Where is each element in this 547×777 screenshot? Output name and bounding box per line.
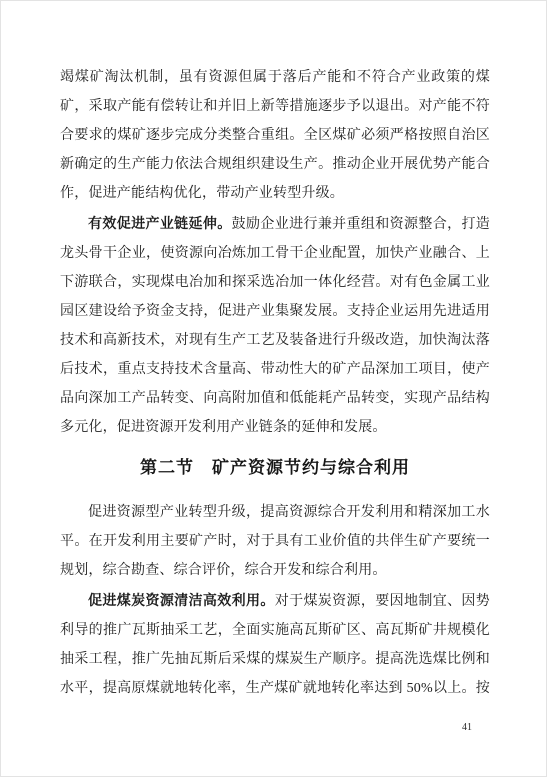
text-line: 技术和高新技术，对现有生产工艺及装备进行升级改造，加快淘汰落 xyxy=(60,326,490,355)
line-text: 利导的推广瓦斯抽采工艺，全面实施高瓦斯矿区、高瓦斯矿井规模化 xyxy=(60,623,490,638)
text-line: 利导的推广瓦斯抽采工艺，全面实施高瓦斯矿区、高瓦斯矿井规模化 xyxy=(60,616,490,645)
line-text: 对于煤炭资源，要因地制宜、因势 xyxy=(275,594,490,609)
paragraph: 有效促进产业链延伸。鼓励企业进行兼并重组和资源整合，打造龙头骨干企业，使资源向冶… xyxy=(60,210,490,442)
line-text: 技术和高新技术，对现有生产工艺及装备进行升级改造，加快淘汰落 xyxy=(60,333,490,348)
text-line: 品向深加工产品转变、向高附加值和低能耗产品转变，实现产品结构 xyxy=(60,384,490,413)
line-text: 龙头骨干企业，使资源向冶炼加工骨干企业配置，加快产业融合、上 xyxy=(60,246,490,261)
line-text: 水平，提高原煤就地转化率，生产煤矿就地转化率达到 50%以上。按 xyxy=(60,681,490,696)
line-text: 促进资源型产业转型升级，提高资源综合开发利用和精深加工水 xyxy=(88,505,490,520)
text-line: 作，促进产能结构优化，带动产业转型升级。 xyxy=(60,179,490,208)
section-heading: 第二节 矿产资源节约与综合利用 xyxy=(60,453,490,482)
text-line: 矿，采取产能有偿转让和并旧上新等措施逐步予以退出。对产能不符 xyxy=(60,92,490,121)
paragraph: 促进资源型产业转型升级，提高资源综合开发利用和精深加工水平。在开发利用主要矿产时… xyxy=(60,498,490,585)
line-text: 后技术，重点支持技术含量高、带动性大的矿产品深加工项目，使产 xyxy=(60,362,490,377)
line-text: 下游联合，实现煤电冶加和探采选冶加一体化经营。对有色金属工业 xyxy=(60,275,490,290)
page-number: 41 xyxy=(452,722,482,733)
text-line: 多元化，促进资源开发利用产业链条的延伸和发展。 xyxy=(60,413,490,442)
document-content: 竭煤矿淘汰机制，虽有资源但属于落后产能和不符合产业政策的煤矿，采取产能有偿转让和… xyxy=(60,63,490,703)
line-text: 多元化，促进资源开发利用产业链条的延伸和发展。 xyxy=(60,420,387,435)
line-text: 合要求的煤矿逐步完成分类整合重组。全区煤矿必须严格按照自治区 xyxy=(60,128,490,143)
text-line: 抽采工程，推广先抽瓦斯后采煤的煤炭生产顺序。提高洗选煤比例和 xyxy=(60,645,490,674)
text-line: 促进资源型产业转型升级，提高资源综合开发利用和精深加工水 xyxy=(60,498,490,527)
line-text: 抽采工程，推广先抽瓦斯后采煤的煤炭生产顺序。提高洗选煤比例和 xyxy=(60,652,490,667)
line-text: 规划，综合勘查、综合评价，综合开发和综合利用。 xyxy=(60,563,387,578)
line-text: 矿，采取产能有偿转让和并旧上新等措施逐步予以退出。对产能不符 xyxy=(60,99,490,114)
text-line: 园区建设给予资金支持，促进产业集聚发展。支持企业运用先进适用 xyxy=(60,297,490,326)
text-line: 促进煤炭资源清洁高效利用。对于煤炭资源，要因地制宜、因势 xyxy=(60,587,490,616)
document-page: 竭煤矿淘汰机制，虽有资源但属于落后产能和不符合产业政策的煤矿，采取产能有偿转让和… xyxy=(0,0,547,777)
text-line: 水平，提高原煤就地转化率，生产煤矿就地转化率达到 50%以上。按 xyxy=(60,674,490,703)
text-line: 有效促进产业链延伸。鼓励企业进行兼并重组和资源整合，打造 xyxy=(60,210,490,239)
bold-lead-in: 促进煤炭资源清洁高效利用。 xyxy=(88,594,275,609)
bold-lead-in: 有效促进产业链延伸。 xyxy=(88,217,232,232)
line-text: 新确定的生产能力依法合规组织建设生产。推动企业开展优势产能合 xyxy=(60,157,490,172)
text-line: 后技术，重点支持技术含量高、带动性大的矿产品深加工项目，使产 xyxy=(60,355,490,384)
paragraph: 竭煤矿淘汰机制，虽有资源但属于落后产能和不符合产业政策的煤矿，采取产能有偿转让和… xyxy=(60,63,490,208)
text-line: 合要求的煤矿逐步完成分类整合重组。全区煤矿必须严格按照自治区 xyxy=(60,121,490,150)
line-text: 作，促进产能结构优化，带动产业转型升级。 xyxy=(60,186,344,201)
line-text: 园区建设给予资金支持，促进产业集聚发展。支持企业运用先进适用 xyxy=(60,304,490,319)
text-line: 下游联合，实现煤电冶加和探采选冶加一体化经营。对有色金属工业 xyxy=(60,268,490,297)
text-line: 新确定的生产能力依法合规组织建设生产。推动企业开展优势产能合 xyxy=(60,150,490,179)
text-line: 平。在开发利用主要矿产时，对于具有工业价值的共伴生矿产要统一 xyxy=(60,527,490,556)
text-line: 龙头骨干企业，使资源向冶炼加工骨干企业配置，加快产业融合、上 xyxy=(60,239,490,268)
line-text: 竭煤矿淘汰机制，虽有资源但属于落后产能和不符合产业政策的煤 xyxy=(60,70,490,85)
paragraph: 促进煤炭资源清洁高效利用。对于煤炭资源，要因地制宜、因势利导的推广瓦斯抽采工艺，… xyxy=(60,587,490,703)
line-text: 鼓励企业进行兼并重组和资源整合，打造 xyxy=(232,217,490,232)
line-text: 平。在开发利用主要矿产时，对于具有工业价值的共伴生矿产要统一 xyxy=(60,534,490,549)
line-text: 品向深加工产品转变、向高附加值和低能耗产品转变，实现产品结构 xyxy=(60,391,490,406)
text-line: 竭煤矿淘汰机制，虽有资源但属于落后产能和不符合产业政策的煤 xyxy=(60,63,490,92)
text-line: 规划，综合勘查、综合评价，综合开发和综合利用。 xyxy=(60,556,490,585)
